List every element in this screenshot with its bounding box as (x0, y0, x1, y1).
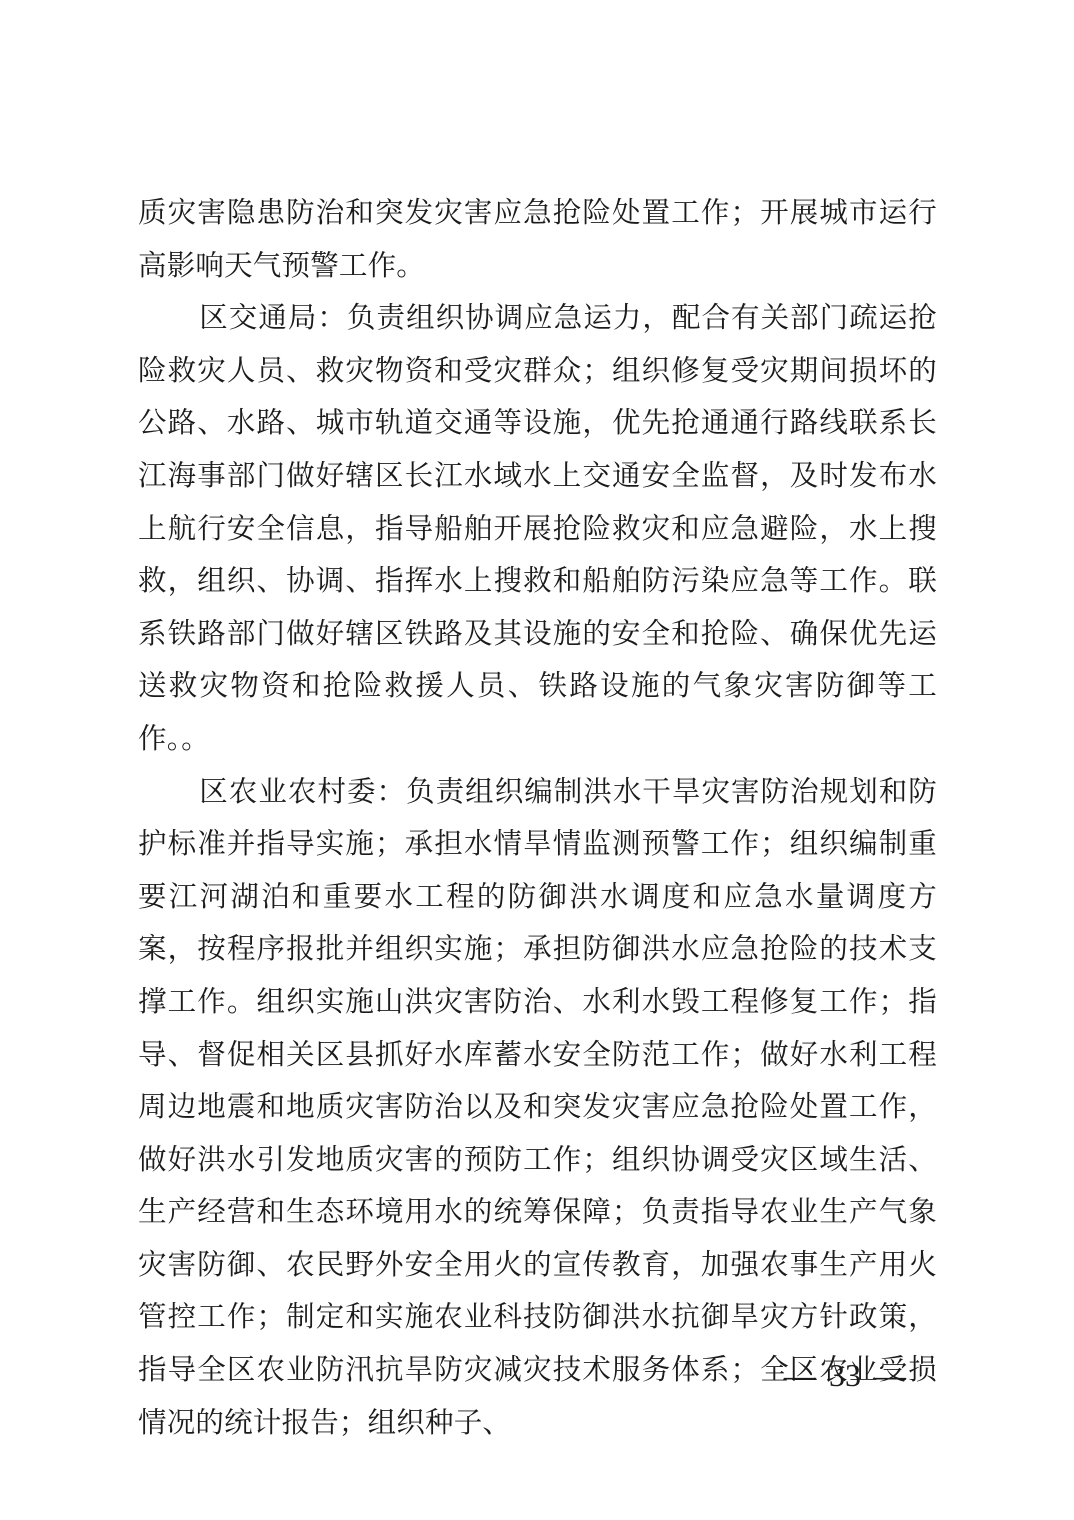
page-number-dash-right: — (874, 1352, 906, 1398)
page-footer: — 33 — (784, 1352, 906, 1398)
page-number-dash-left: — (784, 1352, 816, 1398)
page-number: 33 (829, 1352, 861, 1398)
paragraph-district-agriculture-rural-committee: 区农业农村委：负责组织编制洪水干旱灾害防治规划和防护标准并指导实施；承担水情旱情… (138, 767, 937, 1451)
paragraph-continuation-geological-hazard: 质灾害隐患防治和突发灾害应急抢险处置工作；开展城市运行高影响天气预警工作。 (138, 188, 937, 293)
paragraph-district-transport-bureau: 区交通局：负责组织协调应急运力，配合有关部门疏运抢险救灾人员、救灾物资和受灾群众… (138, 293, 937, 766)
document-body: 质灾害隐患防治和突发灾害应急抢险处置工作；开展城市运行高影响天气预警工作。 区交… (138, 188, 937, 1450)
document-page: 质灾害隐患防治和突发灾害应急抢险处置工作；开展城市运行高影响天气预警工作。 区交… (0, 0, 1074, 1520)
